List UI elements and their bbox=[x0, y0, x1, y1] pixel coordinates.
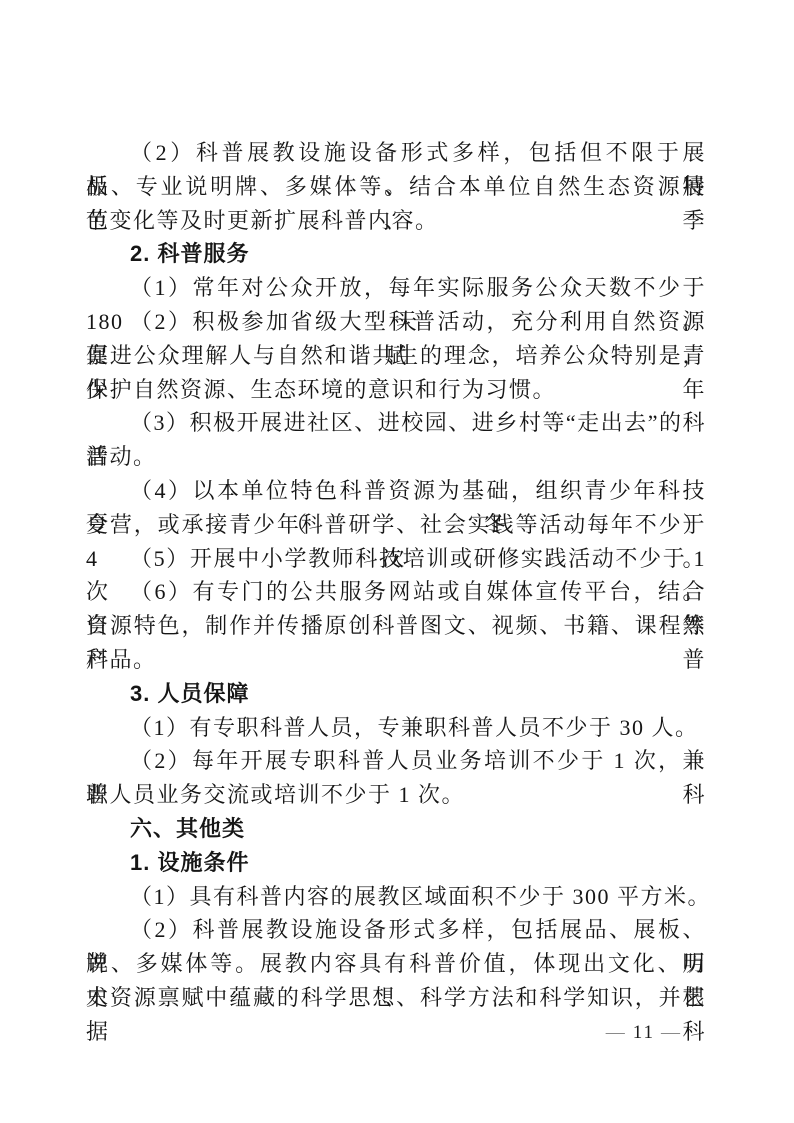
text-line: （2）积极参加省级大型科普活动，充分利用自然资源禀赋， bbox=[86, 305, 706, 339]
text-line: （4）以本单位特色科普资源为基础，组织青少年科技夏（冬） bbox=[86, 474, 706, 508]
page-number-value: 11 bbox=[633, 1022, 655, 1043]
text-line: （2）每年开展专职科普人员业务培训不少于 1 次，兼职科 bbox=[86, 744, 706, 778]
section-heading-facility-conditions: 1. 设施条件 bbox=[86, 846, 706, 880]
text-line: （2）科普展教设施设备形式多样，包括但不限于展品、展 bbox=[86, 136, 706, 170]
text-line: 令营，或承接青少年科普研学、社会实践等活动每年不少于 4 次。 bbox=[86, 508, 706, 542]
text-line: 活动。 bbox=[86, 440, 706, 474]
text-line: （2）科普展教设施设备形式多样，包括展品、展板、说明 bbox=[86, 913, 706, 947]
text-line: （5）开展中小学教师科技培训或研修实践活动不少于 1 次。 bbox=[86, 542, 706, 576]
section-heading-science-service: 2. 科普服务 bbox=[86, 237, 706, 271]
text-line: （1）常年对公众开放，每年实际服务公众天数不少于 180 天。 bbox=[86, 271, 706, 305]
text-line: 促进公众理解人与自然和谐共生的理念，培养公众特别是青少年 bbox=[86, 339, 706, 373]
text-line: （3）积极开展进社区、进校园、进乡村等“走出去”的科普 bbox=[86, 406, 706, 440]
text-line: 板、专业说明牌、多媒体等。结合本单位自然生态资源特色、季 bbox=[86, 170, 706, 204]
document-body: （2）科普展教设施设备形式多样，包括但不限于展品、展 板、专业说明牌、多媒体等。… bbox=[86, 136, 706, 1015]
text-line: （6）有专门的公共服务网站或自媒体宣传平台，结合自然 bbox=[86, 575, 706, 609]
document-page: （2）科普展教设施设备形式多样，包括但不限于展品、展 板、专业说明牌、多媒体等。… bbox=[0, 0, 794, 1123]
text-line: 资源特色，制作并传播原创科普图文、视频、书籍、课程等科普 bbox=[86, 609, 706, 643]
text-line: 术资源禀赋中蕴藏的科学思想、科学方法和科学知识，并根据科 bbox=[86, 981, 706, 1015]
page-number: —11— bbox=[600, 1022, 688, 1044]
page-number-dash-left: — bbox=[600, 1022, 633, 1043]
page-number-dash-right: — bbox=[655, 1022, 688, 1043]
section-heading-personnel: 3. 人员保障 bbox=[86, 677, 706, 711]
text-line: （1）具有科普内容的展教区域面积不少于 300 平方米。 bbox=[86, 880, 706, 914]
text-line: （1）有专职科普人员，专兼职科普人员不少于 30 人。 bbox=[86, 711, 706, 745]
section-heading-other-category: 六、其他类 bbox=[86, 812, 706, 846]
text-line: 牌、多媒体等。展教内容具有科普价值，体现出文化、历史、艺 bbox=[86, 947, 706, 981]
